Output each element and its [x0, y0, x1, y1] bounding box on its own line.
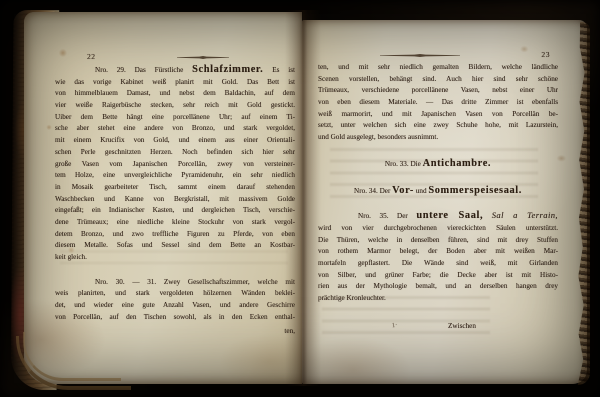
text-line: Die Thüren, welche in denselben führen, … — [318, 235, 558, 247]
paragraph: ten, und mit sehr niedlich gemalten Bild… — [318, 62, 558, 144]
text-segment: Waschbecken und Kanne von Bergkristall, … — [55, 195, 295, 203]
text-segment: vier weiße Raigerbüsche stecken, sehr re… — [55, 101, 295, 109]
text-segment: Scenen vorstellen, behängt sind. Auch hi… — [318, 75, 558, 83]
text-line: Uiber dem Bette hängt eine porcellänene … — [55, 112, 295, 124]
text-line: detem Bronzo, und zwo treffliche Figuren… — [55, 229, 295, 241]
text-line: setzt, unter welchen sich eine zwey Schu… — [318, 120, 558, 132]
text-segment: große Vasen vom Japanischen Porcellän, z… — [55, 160, 295, 168]
text-line: wie das vorige Kabinet weiß planirt mit … — [55, 77, 295, 89]
right-page-body: ten, und mit sehr niedlich gemalten Bild… — [318, 62, 558, 305]
text-line: weis planirten, und stark vergoldeten hö… — [55, 288, 295, 300]
text-segment: von rothem Marmor belegt, der Boden aber… — [318, 247, 558, 255]
text-line: von Silber, und grüner Farbe; die Decke … — [318, 270, 558, 282]
text-segment: Es ist — [263, 66, 295, 74]
swelled-rule-icon — [380, 54, 460, 57]
text-segment: prächtige Kronleuchter. — [318, 294, 386, 302]
text-line: Nro. 35. Der untere Saal, Sal a Terrain, — [318, 210, 558, 223]
text-segment: Antichambre. — [423, 158, 491, 169]
text-segment: mortafeln gepflastert. Die Wände sind we… — [318, 259, 558, 267]
text-line: vier weiße Raigerbüsche stecken, sehr re… — [55, 100, 295, 112]
text-segment: Sal a Terrain, — [492, 210, 558, 220]
text-line: in Mosaik gearbeiteter Tisch, sammt eine… — [55, 182, 295, 194]
text-segment: und — [414, 187, 428, 195]
text-line: diesem Metalle. Sofas und Sessel sind de… — [55, 240, 295, 252]
text-segment: Die Thüren, welche in denselben führen, … — [318, 236, 558, 244]
heading: Nro. 34. Der Vor- und Sommerspeisesaal. — [318, 185, 558, 198]
right-page-text: 23 ten, und mit sehr niedlich gemalten B… — [318, 48, 558, 332]
text-segment: weiß marmorirt, und mit Japanischen Vase… — [318, 110, 558, 118]
text-line: große Vasen vom Japanischen Porcellän, z… — [55, 159, 295, 171]
catchword: Zwischen — [318, 321, 558, 333]
text-segment: Vor- — [392, 185, 414, 196]
text-line: Scenen vorstellen, behängt sind. Auch hi… — [318, 74, 558, 86]
text-segment: sche aber stehet eine andere von Bronzo,… — [55, 124, 295, 132]
text-segment: wird von vier durchgebrochenen viereckic… — [318, 224, 558, 232]
text-line: von Porcellän, auf den Tischen sowohl, a… — [55, 312, 295, 324]
text-segment: ten, und mit sehr niedlich gemalten Bild… — [318, 63, 558, 71]
left-page-body: Nro. 29. Das Fürstliche Schlafzimmer. Es… — [55, 64, 295, 323]
text-segment: von Silber, und grüner Farbe; die Decke … — [318, 271, 558, 279]
text-line: tem Holze, eine unvergleichliche Pyramid… — [55, 170, 295, 182]
text-segment: det, und wieder eine gute Anzahl Vasen, … — [55, 301, 295, 309]
text-segment: Nro. 30. — 31. Zwey Gesellschaftszimmer,… — [95, 278, 295, 286]
page-number: 22 — [87, 51, 96, 63]
text-segment: wie das vorige Kabinet weiß planirt mit … — [55, 78, 295, 86]
text-segment: Uiber dem Bette hängt eine porcellänene … — [55, 113, 295, 121]
text-segment: von eben diesem Materiale. — Das dritte … — [318, 98, 558, 106]
text-segment: schen Perle geschnitzten Herzen. Noch be… — [55, 148, 295, 156]
text-line: det, und wieder eine gute Anzahl Vasen, … — [55, 300, 295, 312]
heading: Nro. 33. Die Antichambre. — [318, 158, 558, 171]
book-photograph: 22 Nro. 29. Das Fürstliche Schlafzimmer.… — [0, 0, 600, 397]
text-line: keit gleich. — [55, 252, 295, 264]
text-line: dene Trümeaux; eine niedliche kleine Sto… — [55, 217, 295, 229]
text-segment: mit einem Krucifix von Gold, und einem a… — [55, 136, 295, 144]
text-segment: setzt, unter welchen sich eine zwey Schu… — [318, 121, 558, 129]
text-segment: untere Saal, — [416, 210, 483, 221]
text-line: schen Perle geschnitzten Herzen. Noch be… — [55, 147, 295, 159]
text-segment: Sommerspeisesaal. — [428, 185, 522, 196]
text-line: Nro. 33. Die Antichambre. — [318, 158, 558, 171]
text-line: Nro. 34. Der Vor- und Sommerspeisesaal. — [318, 185, 558, 198]
text-line: prächtige Kronleuchter. — [318, 293, 558, 305]
text-segment: diesem Metalle. Sofas und Sessel sind de… — [55, 241, 295, 249]
text-segment: weis planirten, und stark vergoldeten hö… — [55, 289, 295, 297]
right-page-header: 23 — [318, 48, 558, 61]
text-segment: dene Trümeaux; eine niedliche kleine Sto… — [55, 218, 295, 226]
text-segment: Schlafzimmer. — [192, 64, 263, 75]
text-segment: eingefaßt; ein Indianischer Kasten, und … — [55, 206, 295, 214]
text-line: wird von vier durchgebrochenen viereckic… — [318, 223, 558, 235]
swelled-rule-icon — [177, 56, 229, 59]
left-page-text: 22 Nro. 29. Das Fürstliche Schlafzimmer.… — [55, 50, 295, 338]
text-line: von rothem Marmor belegt, der Boden aber… — [318, 246, 558, 258]
text-segment: Nro. 35. Der — [358, 212, 416, 220]
text-line: ten, und mit sehr niedlich gemalten Bild… — [318, 62, 558, 74]
text-line: Nro. 29. Das Fürstliche Schlafzimmer. Es… — [55, 64, 295, 77]
text-line: weiß marmorirt, und mit Japanischen Vase… — [318, 109, 558, 121]
text-segment: tem Holze, eine unvergleichliche Pyramid… — [55, 171, 295, 179]
text-segment: und Gold ausgelegt, besonders ausnimmt. — [318, 133, 438, 141]
text-segment: detem Bronzo, und zwo treffliche Figuren… — [55, 230, 295, 238]
text-segment — [483, 212, 492, 220]
text-line: und Gold ausgelegt, besonders ausnimmt. — [318, 132, 558, 144]
text-segment: keit gleich. — [55, 253, 87, 261]
text-line: eingefaßt; ein Indianischer Kasten, und … — [55, 205, 295, 217]
text-segment: Nro. 33. Die — [385, 160, 423, 168]
text-segment: von Porcellän, auf den Tischen sowohl, a… — [55, 313, 295, 321]
text-segment: Nro. 34. Der — [354, 187, 392, 195]
text-line: von eben diesem Materiale. — Das dritte … — [318, 97, 558, 109]
text-line: Trümeaux, verschiedene porcellänene Vase… — [318, 85, 558, 97]
page-number: 23 — [541, 49, 550, 61]
paragraph: Nro. 30. — 31. Zwey Gesellschaftszimmer,… — [55, 277, 295, 324]
paragraph: Nro. 35. Der untere Saal, Sal a Terrain,… — [318, 210, 558, 305]
text-segment: von himmelblauem Damast, und nebst dem B… — [55, 89, 295, 97]
text-line: Waschbecken und Kanne von Bergkristall, … — [55, 194, 295, 206]
text-line: von himmelblauem Damast, und nebst dem B… — [55, 88, 295, 100]
text-line: sche aber stehet eine andere von Bronzo,… — [55, 123, 295, 135]
text-line: Nro. 30. — 31. Zwey Gesellschaftszimmer,… — [55, 277, 295, 289]
paragraph: Nro. 29. Das Fürstliche Schlafzimmer. Es… — [55, 64, 295, 264]
text-segment: Nro. 29. Das Fürstliche — [95, 66, 192, 74]
text-segment: in Mosaik gearbeiteter Tisch, sammt eine… — [55, 183, 295, 191]
text-segment: rien aus der Mythologie bemalt, und an d… — [318, 282, 558, 290]
text-segment: Trümeaux, verschiedene porcellänene Vase… — [318, 86, 558, 94]
left-page-header: 22 — [55, 50, 295, 63]
text-line: mit einem Krucifix von Gold, und einem a… — [55, 135, 295, 147]
text-line: rien aus der Mythologie bemalt, und an d… — [318, 281, 558, 293]
text-line: mortafeln gepflastert. Die Wände sind we… — [318, 258, 558, 270]
catchword: ten, — [55, 326, 295, 338]
